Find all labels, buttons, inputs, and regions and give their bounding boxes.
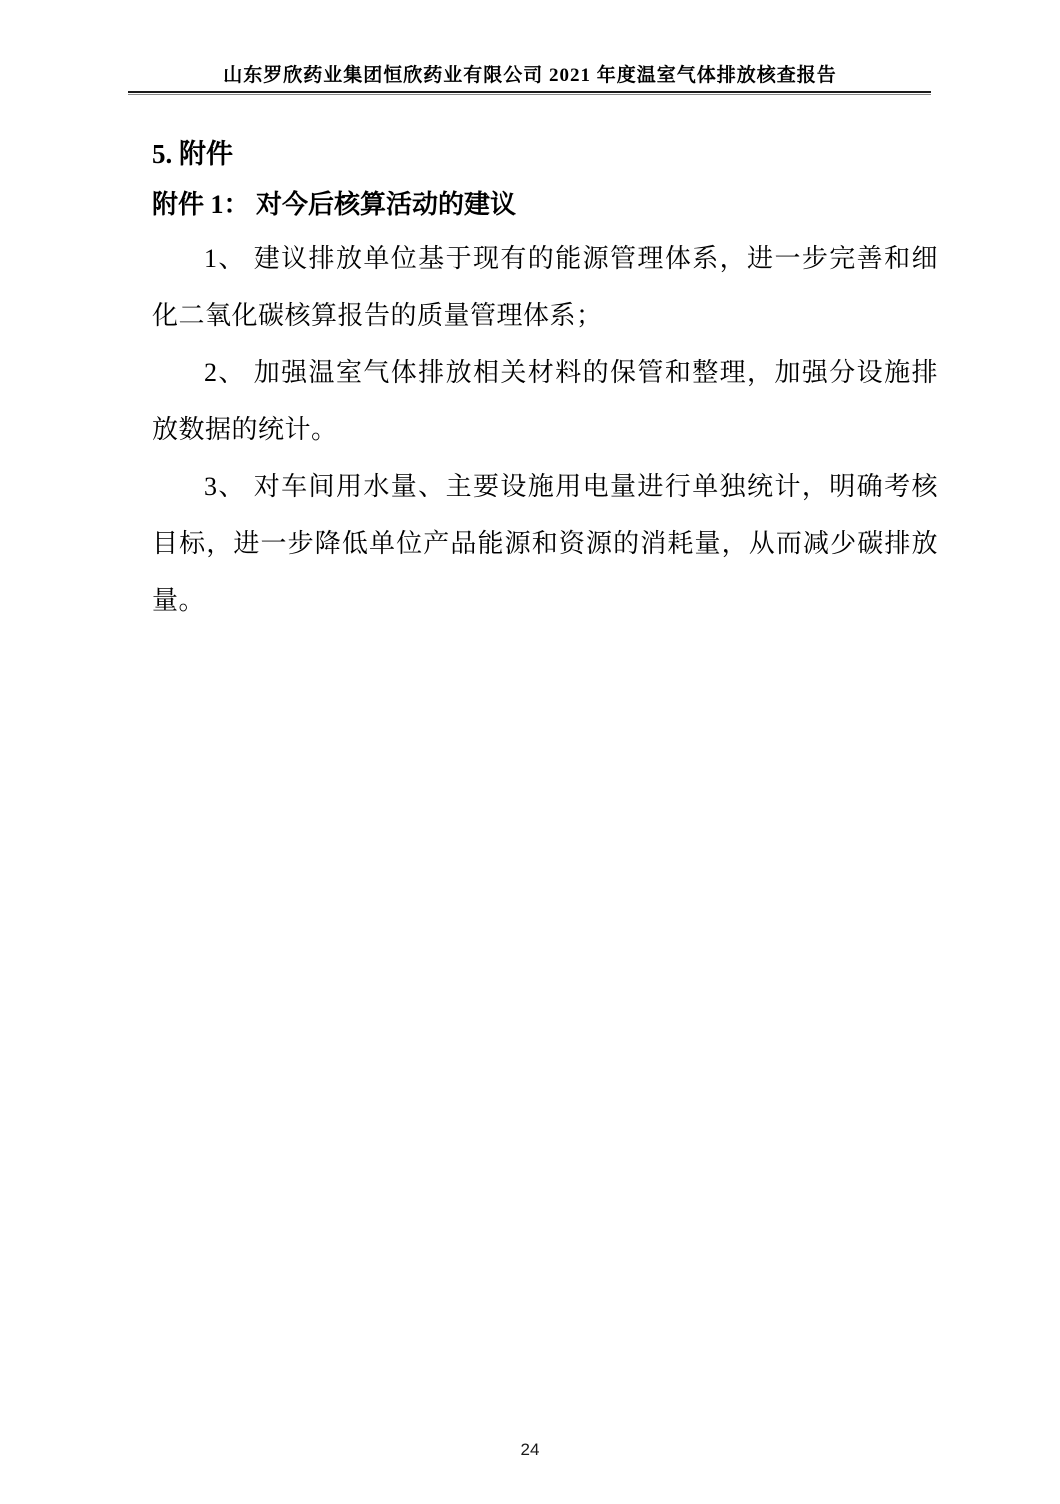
page-footer: 24 xyxy=(0,1440,1060,1460)
header-title: 山东罗欣药业集团恒欣药业有限公司 2021 年度温室气体排放核查报告 xyxy=(0,64,1060,88)
page-number: 24 xyxy=(521,1440,540,1459)
header-rule-thin-line xyxy=(128,94,931,95)
body-paragraph: 3、 对车间用水量、主要设施用电量进行单独统计，明确考核目标，进一步降低单位产品… xyxy=(152,458,938,629)
document-body: 5. 附件 附件 1： 对今后核算活动的建议 1、 建议排放单位基于现有的能源管… xyxy=(152,140,938,629)
paragraph-list: 1、 建议排放单位基于现有的能源管理体系，进一步完善和细化二氧化碳核算报告的质量… xyxy=(152,230,938,629)
body-paragraph: 2、 加强温室气体排放相关材料的保管和整理，加强分设施排放数据的统计。 xyxy=(152,344,938,458)
appendix-heading: 附件 1： 对今后核算活动的建议 xyxy=(152,190,938,220)
body-paragraph: 1、 建议排放单位基于现有的能源管理体系，进一步完善和细化二氧化碳核算报告的质量… xyxy=(152,230,938,344)
section-heading: 5. 附件 xyxy=(152,140,938,168)
running-header: 山东罗欣药业集团恒欣药业有限公司 2021 年度温室气体排放核查报告 xyxy=(0,0,1060,88)
header-rule xyxy=(128,91,931,95)
header-rule-thick-line xyxy=(128,91,931,93)
document-page: 山东罗欣药业集团恒欣药业有限公司 2021 年度温室气体排放核查报告 5. 附件… xyxy=(0,0,1060,1504)
